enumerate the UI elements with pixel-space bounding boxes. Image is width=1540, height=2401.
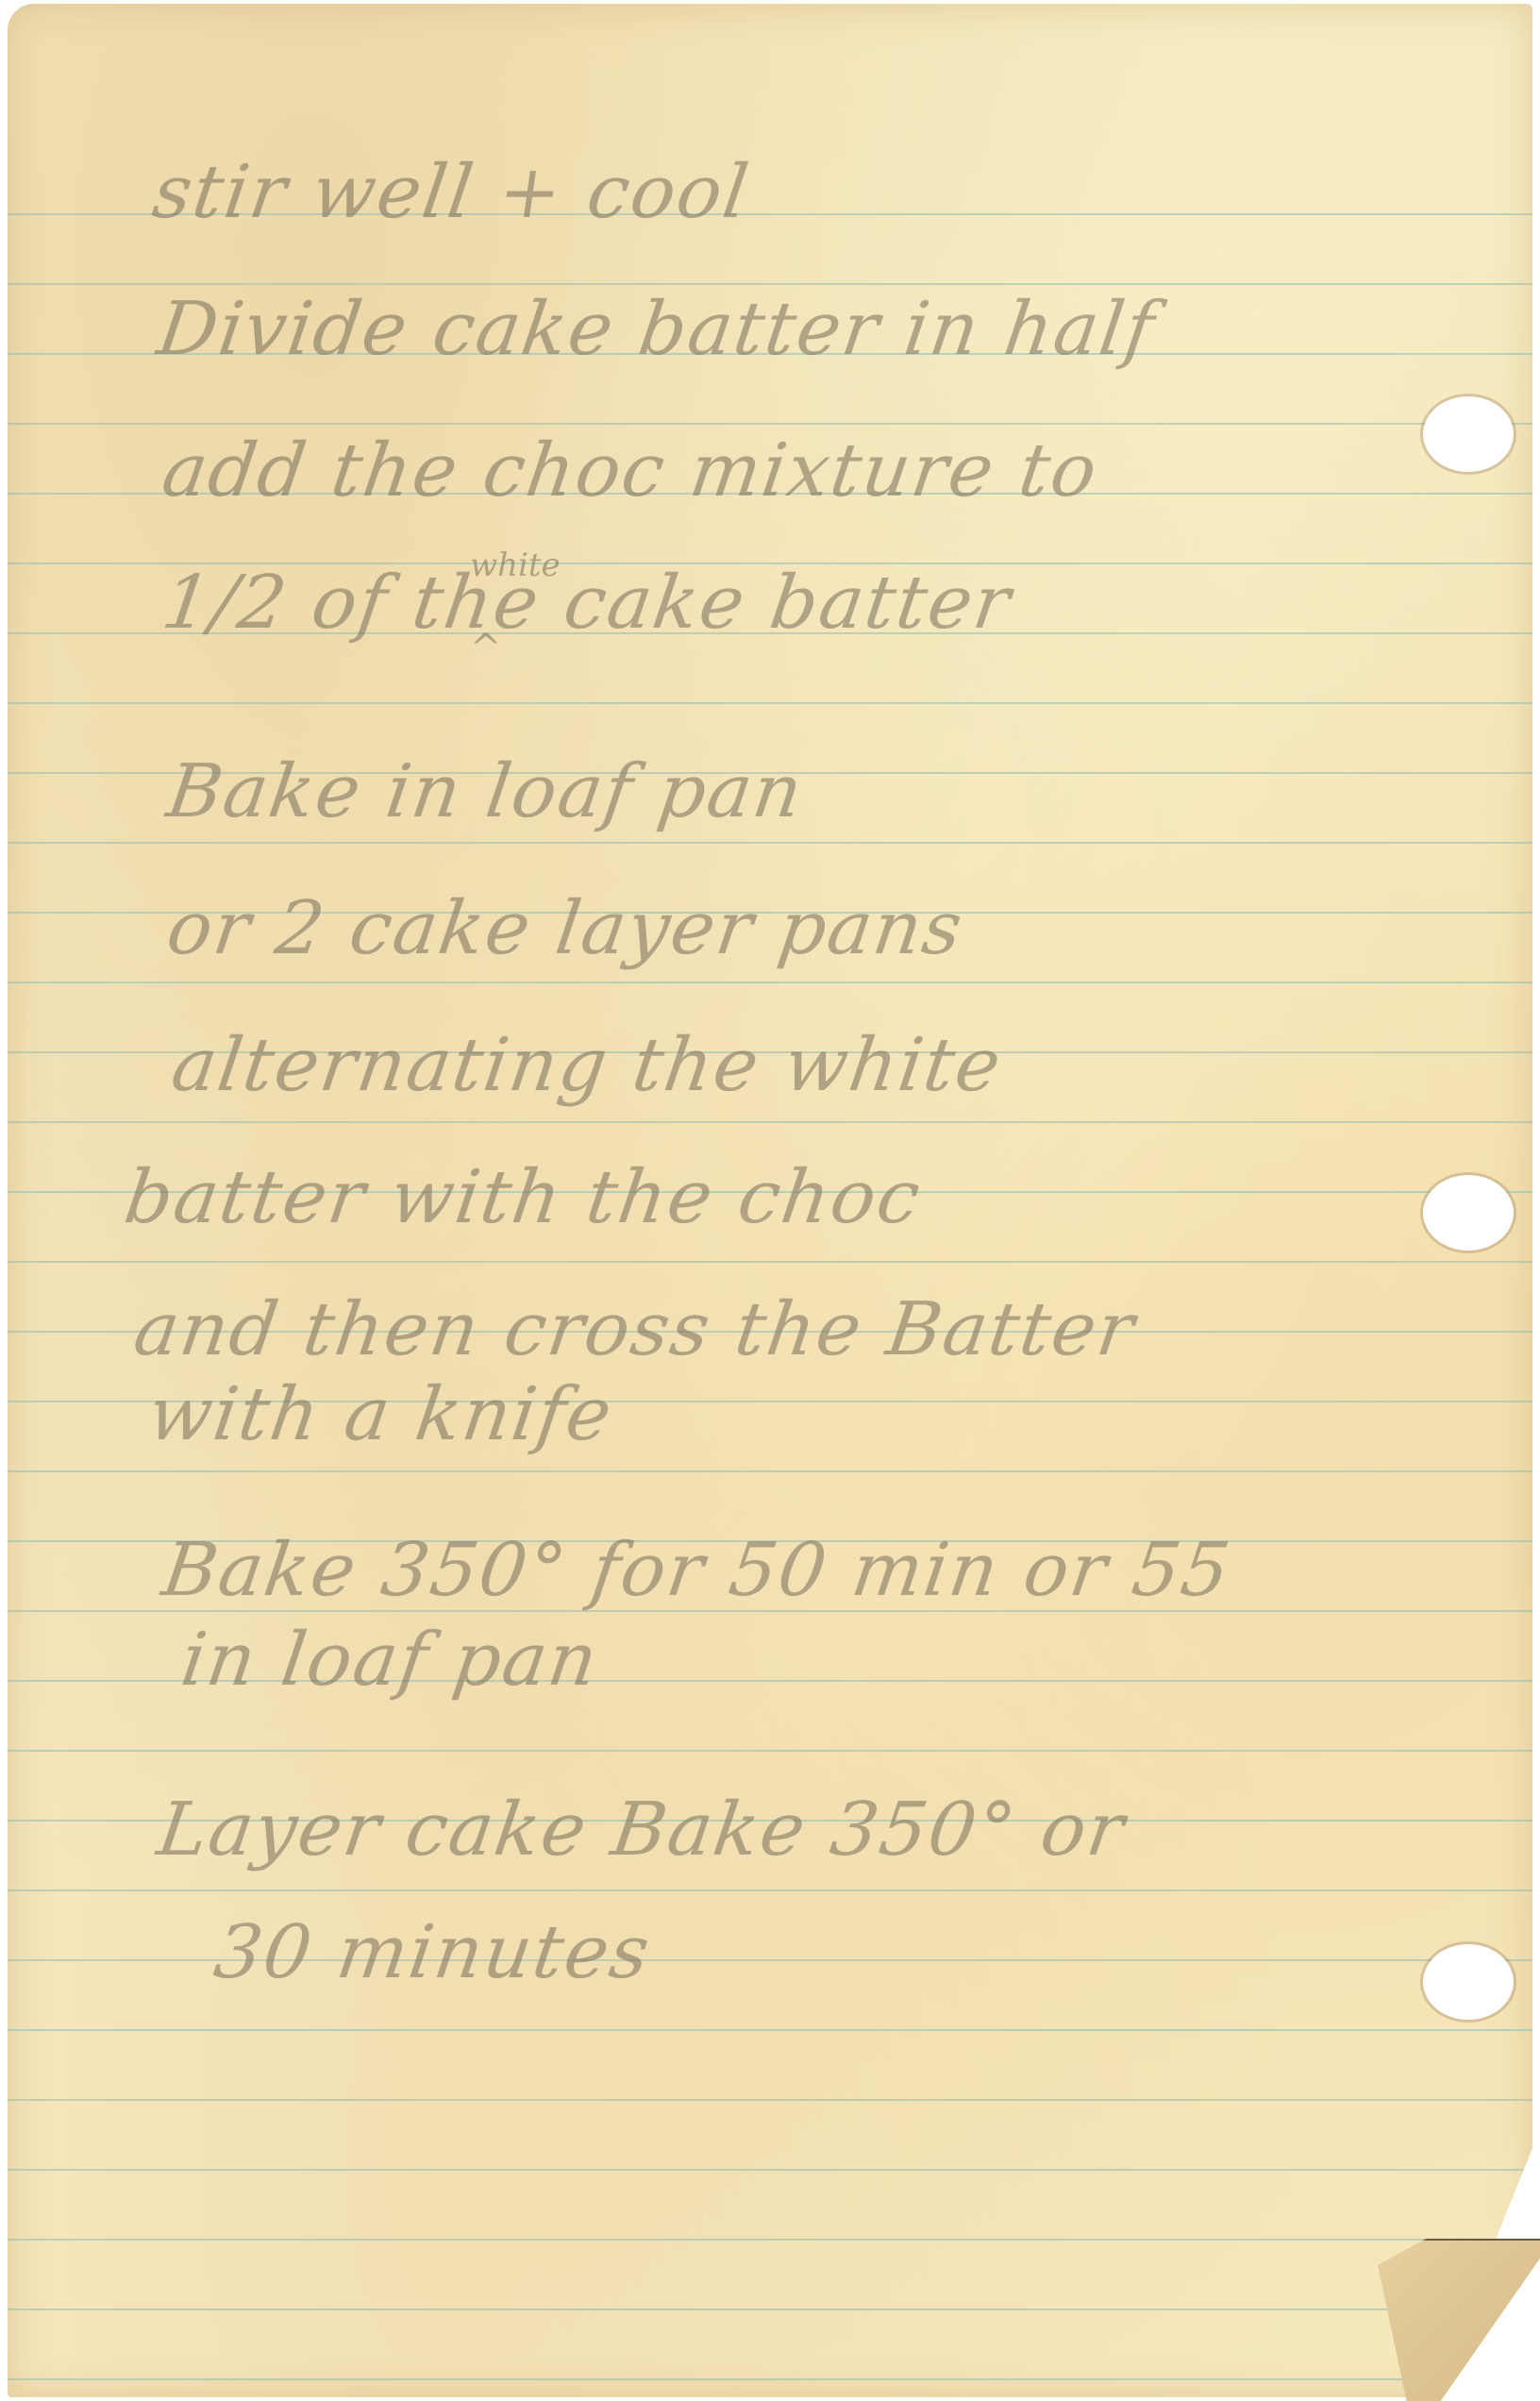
folded-corner [1378, 2239, 1540, 2401]
ruled-line [8, 702, 1532, 704]
handwritten-line: with a knife [143, 1372, 619, 1457]
binder-hole [1423, 1944, 1514, 2020]
ruled-line [8, 1750, 1532, 1752]
inserted-word-white: white [470, 546, 561, 584]
handwritten-line: add the choc mixture to [158, 428, 1104, 513]
ruled-line [8, 842, 1532, 844]
ruled-line [8, 2309, 1532, 2310]
handwritten-line: Bake in loaf pan [162, 749, 809, 834]
ruled-line [8, 1470, 1532, 1472]
ruled-line [8, 2029, 1532, 2031]
binder-hole [1423, 1175, 1514, 1251]
handwritten-line: 30 minutes [209, 1910, 657, 1995]
ruled-line [8, 1121, 1532, 1123]
ruled-line [8, 423, 1532, 425]
binder-hole [1423, 396, 1514, 472]
ruled-line [8, 283, 1532, 285]
ruled-line [8, 1889, 1532, 1891]
handwritten-line: or 2 cake layer pans [162, 886, 969, 971]
ruled-line [8, 2169, 1532, 2171]
ruled-line [8, 982, 1532, 983]
handwritten-line: 1/2 of the cake batter [158, 561, 1017, 646]
ruled-line [8, 1261, 1532, 1263]
handwritten-line: batter with the choc [120, 1155, 927, 1240]
handwritten-line: alternating the white [167, 1023, 1008, 1108]
lined-paper-sheet: stir well + cool Divide cake batter in h… [8, 4, 1532, 2397]
handwritten-line: and then cross the Batter [129, 1287, 1141, 1372]
handwritten-line: stir well + cool [148, 150, 755, 235]
handwritten-line: Bake 350° for 50 min or 55 [158, 1528, 1237, 1613]
ruled-line [8, 2239, 1532, 2241]
ruled-line [8, 2378, 1532, 2380]
handwritten-line: Layer cake Bake 350° or [153, 1788, 1131, 1872]
handwritten-line: in loaf pan [176, 1618, 604, 1703]
insertion-caret: ^ [470, 627, 502, 670]
ruled-line [8, 2099, 1532, 2101]
handwritten-line: Divide cake batter in half [153, 287, 1161, 372]
